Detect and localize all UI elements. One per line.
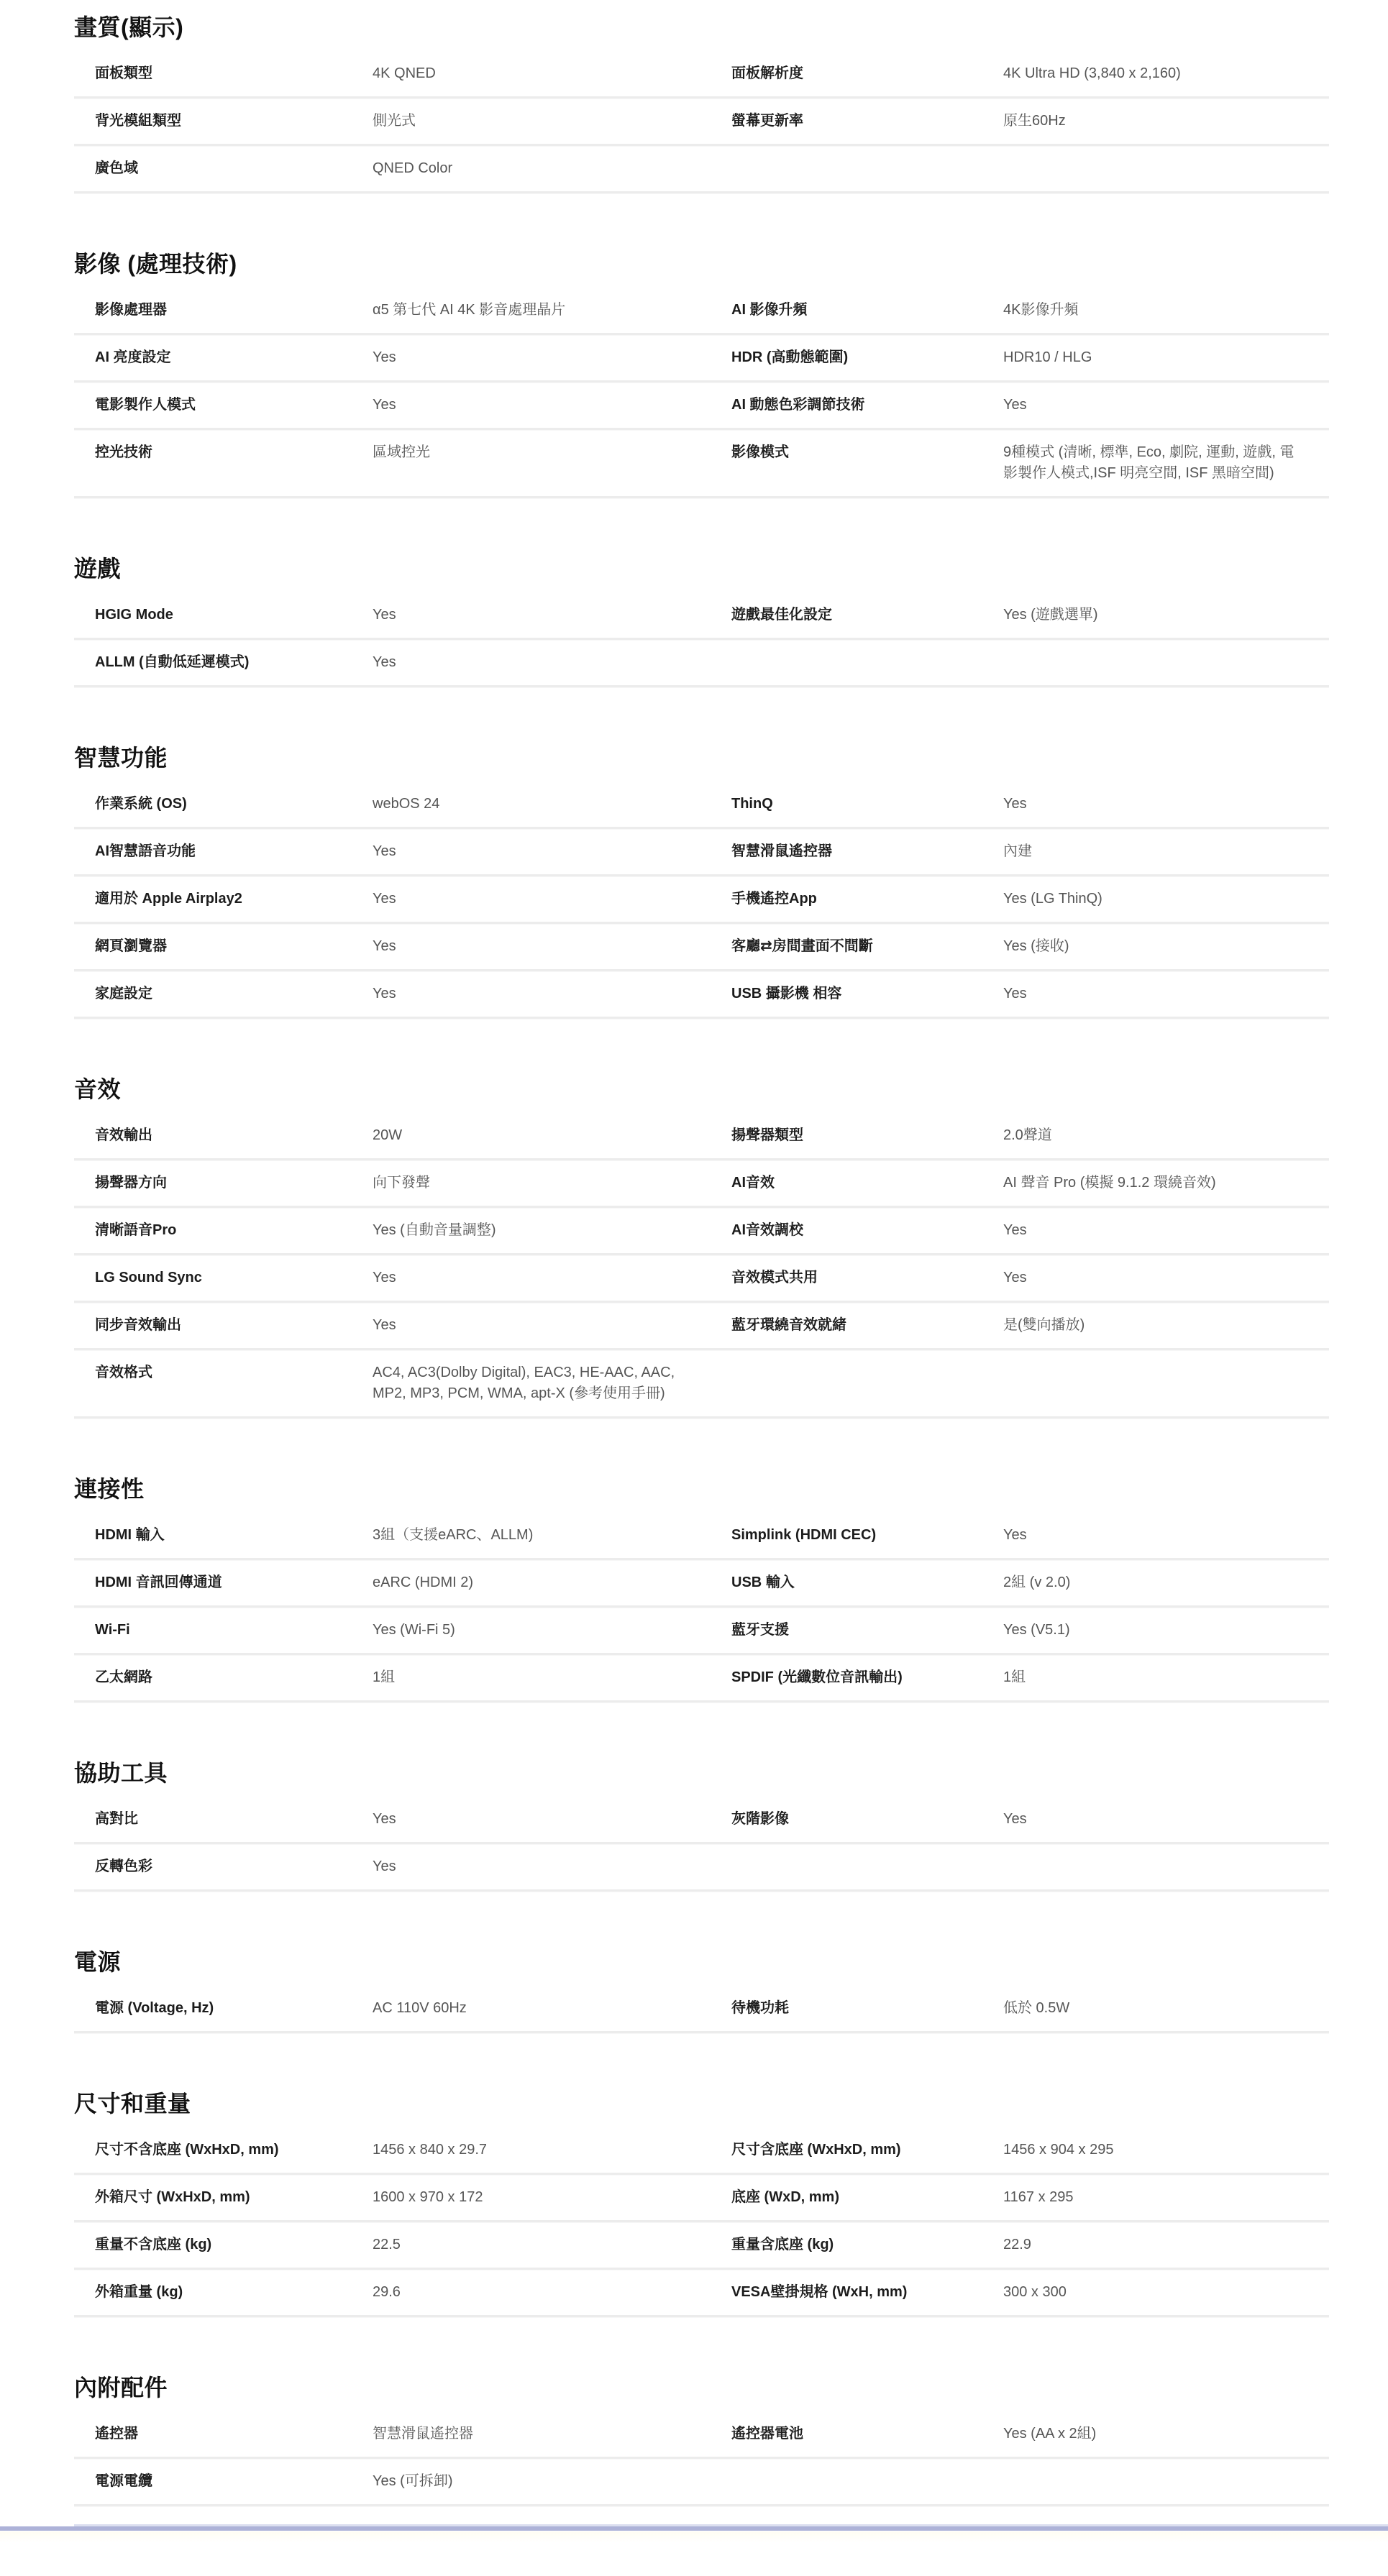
- spec-value: Yes: [1003, 1220, 1329, 1241]
- spec-row: 網頁瀏覽器Yes客廳⇄房間畫面不間斷Yes (接收): [74, 924, 1329, 971]
- spec-label: 廣色域: [95, 158, 373, 179]
- spec-label: 智慧滑鼠遙控器: [731, 841, 1003, 862]
- spec-section: 尺寸和重量尺寸不含底座 (WxHxD, mm)1456 x 840 x 29.7…: [74, 2088, 1329, 2317]
- spec-value: Yes: [1003, 1525, 1329, 1546]
- spec-row: 影像處理器α5 第七代 AI 4K 影音處理晶片AI 影像升頻4K影像升頻: [74, 288, 1329, 335]
- spec-label: 待機功耗: [731, 1998, 1003, 2019]
- spec-row: 反轉色彩Yes: [74, 1844, 1329, 1892]
- spec-label: 揚聲器類型: [731, 1125, 1003, 1146]
- spec-row: 重量不含底座 (kg)22.5重量含底座 (kg)22.9: [74, 2222, 1329, 2270]
- spec-label: 底座 (WxD, mm): [731, 2187, 1003, 2208]
- spec-label: Simplink (HDMI CEC): [731, 1525, 1003, 1546]
- spec-label: [731, 1362, 1003, 1404]
- section-title: 內附配件: [74, 2372, 1329, 2404]
- spec-row: 適用於 Apple Airplay2Yes手機遙控AppYes (LG Thin…: [74, 876, 1329, 924]
- section-title: 畫質(顯示): [74, 12, 1329, 44]
- spec-value: 2.0聲道: [1003, 1125, 1329, 1146]
- spec-value: 20W: [373, 1125, 731, 1146]
- spec-label: 尺寸含底座 (WxHxD, mm): [731, 2140, 1003, 2160]
- spec-value: [1003, 2471, 1329, 2492]
- spec-value: 4K Ultra HD (3,840 x 2,160): [1003, 63, 1329, 84]
- spec-label: USB 攝影機 相容: [731, 984, 1003, 1004]
- spec-value: 22.5: [373, 2234, 731, 2255]
- spec-label: HDMI 輸入: [95, 1525, 373, 1546]
- spec-label: 控光技術: [95, 442, 373, 484]
- spec-value: 是(雙向播放): [1003, 1315, 1329, 1336]
- spec-row: 家庭設定YesUSB 攝影機 相容Yes: [74, 971, 1329, 1019]
- section-title: 影像 (處理技術): [74, 248, 1329, 280]
- spec-value: eARC (HDMI 2): [373, 1572, 731, 1593]
- spec-label: [731, 2471, 1003, 2492]
- spec-row: AI 亮度設定YesHDR (高動態範圍)HDR10 / HLG: [74, 335, 1329, 382]
- spec-label: [731, 1856, 1003, 1877]
- spec-label: 作業系統 (OS): [95, 794, 373, 815]
- spec-value: Yes (自動音量調整): [373, 1220, 731, 1241]
- spec-row: 高對比Yes灰階影像Yes: [74, 1797, 1329, 1844]
- spec-label: 重量不含底座 (kg): [95, 2234, 373, 2255]
- spec-label: ALLM (自動低延遲模式): [95, 652, 373, 673]
- spec-label: VESA壁掛規格 (WxH, mm): [731, 2282, 1003, 2303]
- spec-section: 電源電源 (Voltage, Hz)AC 110V 60Hz待機功耗低於 0.5…: [74, 1946, 1329, 2033]
- spec-section: 內附配件遙控器智慧滑鼠遙控器遙控器電池Yes (AA x 2組)電源電纜Yes …: [74, 2372, 1329, 2506]
- spec-value: webOS 24: [373, 794, 731, 815]
- section-title: 協助工具: [74, 1757, 1329, 1789]
- spec-row: 音效輸出20W揚聲器類型2.0聲道: [74, 1113, 1329, 1160]
- spec-value: 300 x 300: [1003, 2282, 1329, 2303]
- spec-label: LG Sound Sync: [95, 1268, 373, 1288]
- spec-value: 1組: [1003, 1667, 1329, 1688]
- spec-value: Yes: [373, 889, 731, 909]
- spec-row: 尺寸不含底座 (WxHxD, mm)1456 x 840 x 29.7尺寸含底座…: [74, 2127, 1329, 2175]
- spec-value: Yes (接收): [1003, 936, 1329, 957]
- section-title: 音效: [74, 1073, 1329, 1106]
- spec-value: Yes: [1003, 1268, 1329, 1288]
- spec-value: [1003, 158, 1329, 179]
- spec-label: 電源電纜: [95, 2471, 373, 2492]
- spec-row: 面板類型4K QNED面板解析度4K Ultra HD (3,840 x 2,1…: [74, 51, 1329, 98]
- spec-section: 音效音效輸出20W揚聲器類型2.0聲道揚聲器方向向下發聲AI音效AI 聲音 Pr…: [74, 1073, 1329, 1418]
- spec-section: 畫質(顯示)面板類型4K QNED面板解析度4K Ultra HD (3,840…: [74, 12, 1329, 193]
- spec-label: 手機遙控App: [731, 889, 1003, 909]
- spec-row: HGIG ModeYes遊戲最佳化設定Yes (遊戲選單): [74, 592, 1329, 640]
- spec-row: HDMI 音訊回傳通道eARC (HDMI 2)USB 輸入2組 (v 2.0): [74, 1560, 1329, 1608]
- spec-section: 協助工具高對比Yes灰階影像Yes反轉色彩Yes: [74, 1757, 1329, 1892]
- spec-row: 清晰語音ProYes (自動音量調整)AI音效調校Yes: [74, 1208, 1329, 1255]
- spec-label: 高對比: [95, 1809, 373, 1830]
- spec-label: 藍牙支援: [731, 1620, 1003, 1641]
- spec-value: 4K影像升頻: [1003, 300, 1329, 321]
- spec-label: 影像模式: [731, 442, 1003, 484]
- spec-row: ALLM (自動低延遲模式)Yes: [74, 640, 1329, 687]
- spec-section: 連接性HDMI 輸入3組（支援eARC、ALLM)Simplink (HDMI …: [74, 1473, 1329, 1702]
- spec-label: [731, 652, 1003, 673]
- bottom-accent-line-main: [0, 2526, 1388, 2531]
- spec-value: 側光式: [373, 111, 731, 132]
- spec-value: 29.6: [373, 2282, 731, 2303]
- spec-section: 影像 (處理技術)影像處理器α5 第七代 AI 4K 影音處理晶片AI 影像升頻…: [74, 248, 1329, 498]
- spec-value: 原生60Hz: [1003, 111, 1329, 132]
- spec-row: 同步音效輸出Yes藍牙環繞音效就緒是(雙向播放): [74, 1303, 1329, 1350]
- spec-label: AI 亮度設定: [95, 347, 373, 368]
- spec-value: Yes (V5.1): [1003, 1620, 1329, 1641]
- spec-label: 背光模組類型: [95, 111, 373, 132]
- spec-value: Yes: [1003, 984, 1329, 1004]
- spec-value: [1003, 1362, 1329, 1404]
- spec-label: 反轉色彩: [95, 1856, 373, 1877]
- spec-value: Yes (遊戲選單): [1003, 605, 1329, 625]
- spec-label: 重量含底座 (kg): [731, 2234, 1003, 2255]
- spec-label: HDR (高動態範圍): [731, 347, 1003, 368]
- spec-label: 清晰語音Pro: [95, 1220, 373, 1241]
- spec-label: 尺寸不含底座 (WxHxD, mm): [95, 2140, 373, 2160]
- spec-row: 廣色域QNED Color: [74, 146, 1329, 193]
- spec-label: AI 動態色彩調節技術: [731, 395, 1003, 416]
- spec-row: 揚聲器方向向下發聲AI音效AI 聲音 Pro (模擬 9.1.2 環繞音效): [74, 1160, 1329, 1208]
- spec-value: Yes: [373, 841, 731, 862]
- spec-sheet: 畫質(顯示)面板類型4K QNED面板解析度4K Ultra HD (3,840…: [74, 0, 1329, 2506]
- spec-value: [1003, 1856, 1329, 1877]
- spec-value: 3組（支援eARC、ALLM): [373, 1525, 731, 1546]
- spec-row: Wi-FiYes (Wi-Fi 5)藍牙支援Yes (V5.1): [74, 1608, 1329, 1655]
- spec-value: 向下發聲: [373, 1173, 731, 1193]
- spec-value: Yes: [373, 984, 731, 1004]
- spec-row: 作業系統 (OS)webOS 24ThinQYes: [74, 781, 1329, 829]
- spec-label: AI智慧語音功能: [95, 841, 373, 862]
- spec-label: 網頁瀏覽器: [95, 936, 373, 957]
- spec-value: 9種模式 (清晰, 標準, Eco, 劇院, 運動, 遊戲, 電影製作人模式,I…: [1003, 442, 1329, 484]
- spec-label: AI 影像升頻: [731, 300, 1003, 321]
- spec-value: AC 110V 60Hz: [373, 1998, 731, 2019]
- spec-value: Yes: [373, 1856, 731, 1877]
- spec-value: Yes (可拆卸): [373, 2471, 731, 2492]
- spec-row: 外箱重量 (kg)29.6VESA壁掛規格 (WxH, mm)300 x 300: [74, 2270, 1329, 2317]
- section-title: 尺寸和重量: [74, 2088, 1329, 2120]
- spec-row: 外箱尺寸 (WxHxD, mm)1600 x 970 x 172底座 (WxD,…: [74, 2175, 1329, 2222]
- spec-label: 遊戲最佳化設定: [731, 605, 1003, 625]
- spec-value: Yes: [373, 1315, 731, 1336]
- spec-value: Yes: [373, 1268, 731, 1288]
- spec-value: Yes: [373, 936, 731, 957]
- spec-label: SPDIF (光纖數位音訊輸出): [731, 1667, 1003, 1688]
- spec-label: 音效輸出: [95, 1125, 373, 1146]
- bottom-tint-strip: [0, 2531, 1388, 2543]
- section-title: 智慧功能: [74, 742, 1329, 774]
- spec-label: [731, 158, 1003, 179]
- spec-label: 面板類型: [95, 63, 373, 84]
- spec-value: Yes: [373, 347, 731, 368]
- spec-label: ThinQ: [731, 794, 1003, 815]
- spec-value: AC4, AC3(Dolby Digital), EAC3, HE-AAC, A…: [373, 1362, 731, 1404]
- spec-value: Yes (LG ThinQ): [1003, 889, 1329, 909]
- spec-value: 內建: [1003, 841, 1329, 862]
- spec-value: HDR10 / HLG: [1003, 347, 1329, 368]
- spec-section: 智慧功能作業系統 (OS)webOS 24ThinQYesAI智慧語音功能Yes…: [74, 742, 1329, 1019]
- spec-value: 2組 (v 2.0): [1003, 1572, 1329, 1593]
- spec-label: 外箱重量 (kg): [95, 2282, 373, 2303]
- spec-value: 4K QNED: [373, 63, 731, 84]
- spec-row: 音效格式AC4, AC3(Dolby Digital), EAC3, HE-AA…: [74, 1350, 1329, 1418]
- spec-value: Yes: [373, 395, 731, 416]
- spec-row: 電影製作人模式YesAI 動態色彩調節技術Yes: [74, 382, 1329, 430]
- spec-value: Yes (Wi-Fi 5): [373, 1620, 731, 1641]
- spec-label: 螢幕更新率: [731, 111, 1003, 132]
- spec-value: 1167 x 295: [1003, 2187, 1329, 2208]
- spec-label: 音效格式: [95, 1362, 373, 1404]
- spec-value: Yes: [373, 605, 731, 625]
- spec-label: 遙控器電池: [731, 2424, 1003, 2444]
- spec-value: Yes: [1003, 794, 1329, 815]
- spec-value: 1456 x 904 x 295: [1003, 2140, 1329, 2160]
- spec-row: 背光模組類型側光式螢幕更新率原生60Hz: [74, 98, 1329, 146]
- spec-label: 灰階影像: [731, 1809, 1003, 1830]
- section-title: 連接性: [74, 1473, 1329, 1505]
- spec-value: Yes: [1003, 1809, 1329, 1830]
- spec-value: 1456 x 840 x 29.7: [373, 2140, 731, 2160]
- spec-label: 遙控器: [95, 2424, 373, 2444]
- spec-label: HDMI 音訊回傳通道: [95, 1572, 373, 1593]
- spec-value: 1組: [373, 1667, 731, 1688]
- spec-row: 乙太網路1組SPDIF (光纖數位音訊輸出)1組: [74, 1655, 1329, 1702]
- spec-label: 藍牙環繞音效就緒: [731, 1315, 1003, 1336]
- section-title: 遊戲: [74, 553, 1329, 585]
- spec-label: 乙太網路: [95, 1667, 373, 1688]
- section-title: 電源: [74, 1946, 1329, 1979]
- spec-value: Yes: [1003, 395, 1329, 416]
- spec-label: 電源 (Voltage, Hz): [95, 1998, 373, 2019]
- spec-value: α5 第七代 AI 4K 影音處理晶片: [373, 300, 731, 321]
- bottom-accent-bar: [0, 2524, 1388, 2531]
- spec-label: 適用於 Apple Airplay2: [95, 889, 373, 909]
- spec-row: 遙控器智慧滑鼠遙控器遙控器電池Yes (AA x 2組): [74, 2411, 1329, 2459]
- spec-row: HDMI 輸入3組（支援eARC、ALLM)Simplink (HDMI CEC…: [74, 1513, 1329, 1560]
- spec-label: 影像處理器: [95, 300, 373, 321]
- spec-value: 區域控光: [373, 442, 731, 484]
- spec-label: HGIG Mode: [95, 605, 373, 625]
- spec-value: Yes (AA x 2組): [1003, 2424, 1329, 2444]
- spec-row: 電源 (Voltage, Hz)AC 110V 60Hz待機功耗低於 0.5W: [74, 1986, 1329, 2033]
- spec-label: Wi-Fi: [95, 1620, 373, 1641]
- spec-label: 面板解析度: [731, 63, 1003, 84]
- spec-section: 遊戲HGIG ModeYes遊戲最佳化設定Yes (遊戲選單)ALLM (自動低…: [74, 553, 1329, 687]
- spec-value: Yes: [373, 652, 731, 673]
- spec-label: 客廳⇄房間畫面不間斷: [731, 936, 1003, 957]
- spec-value: [1003, 652, 1329, 673]
- spec-row: 電源電纜Yes (可拆卸): [74, 2459, 1329, 2506]
- spec-label: AI音效: [731, 1173, 1003, 1193]
- spec-row: LG Sound SyncYes音效模式共用Yes: [74, 1255, 1329, 1303]
- spec-value: Yes: [373, 1809, 731, 1830]
- spec-label: 外箱尺寸 (WxHxD, mm): [95, 2187, 373, 2208]
- spec-value: 智慧滑鼠遙控器: [373, 2424, 731, 2444]
- spec-label: 音效模式共用: [731, 1268, 1003, 1288]
- spec-row: 控光技術區域控光影像模式9種模式 (清晰, 標準, Eco, 劇院, 運動, 遊…: [74, 430, 1329, 498]
- spec-label: 揚聲器方向: [95, 1173, 373, 1193]
- spec-label: 家庭設定: [95, 984, 373, 1004]
- spec-value: 1600 x 970 x 172: [373, 2187, 731, 2208]
- spec-value: 低於 0.5W: [1003, 1998, 1329, 2019]
- spec-value: AI 聲音 Pro (模擬 9.1.2 環繞音效): [1003, 1173, 1329, 1193]
- spec-label: 同步音效輸出: [95, 1315, 373, 1336]
- spec-value: 22.9: [1003, 2234, 1329, 2255]
- spec-label: AI音效調校: [731, 1220, 1003, 1241]
- spec-value: QNED Color: [373, 158, 731, 179]
- spec-label: 電影製作人模式: [95, 395, 373, 416]
- spec-row: AI智慧語音功能Yes智慧滑鼠遙控器內建: [74, 829, 1329, 876]
- spec-label: USB 輸入: [731, 1572, 1003, 1593]
